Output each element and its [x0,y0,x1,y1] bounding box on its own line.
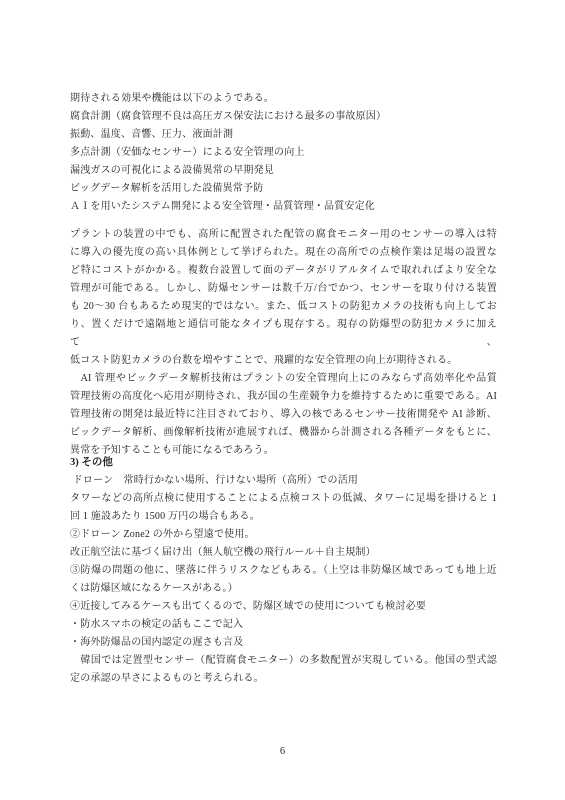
page-number: 6 [0,745,565,759]
paragraph-line: 管理技術の高度化へ応用が期待され、我が国の生産競争力を維持するために重要である。… [70,388,497,406]
paragraph-line: 管理が可能である。しかし、防爆センサーは数千万/台でかつ、センサーを取り付ける装… [70,280,497,298]
section-other-body: ドローン 常時行かない場所、行けない場所（高所）での活用 タワーなどの高所点検に… [70,472,497,688]
list-line: タワーなどの高所点検に使用することによる点検コストの低減、タワーに足場を掛けると… [70,490,497,508]
intro-line: 期待される効果や機能は以下のようである。 [70,90,497,108]
paragraph-line: ど特にコストがかかる。複数台設置して面のデータがリアルタイムで取れればより安全な [70,262,497,280]
intro-line: 腐食計測（腐食管理不良は高圧ガス保安法における最多の事故原因） [70,108,497,126]
list-line: ④近接してみるケースも出てくるので、防爆区域での使用についても検討必要 [70,598,497,616]
intro-line: ビッグデータ解析を活用した設備異常予防 [70,180,497,198]
list-line: ②ドローン Zone2 の外から望遠で使用。 [70,526,497,544]
intro-line: 漏洩ガスの可視化による設備異常の早期発見 [70,162,497,180]
list-line: ・防水スマホの検定の話もここで記入 [70,616,497,634]
intro-line: 多点計測（安価なセンサー）による安全管理の向上 [70,144,497,162]
body-paragraphs-block: プラントの装置の中でも、高所に配置された配管の腐食モニター用のセンサーの導入は特… [70,226,497,460]
list-line: ③防爆の問題の他に、墜落に伴うリスクなどもある。（上空は非防爆区域であっても地上… [70,562,497,580]
intro-line: 振動、温度、音響、圧力、液面計測 [70,126,497,144]
section-heading: 3) その他 [70,454,497,472]
list-line: 定の承認の早さによるものと考えられる。 [70,670,497,688]
paragraph-line: AI 管理やビックデータ解析技術はプラントの安全管理向上にのみならず高効率化や品… [70,370,497,388]
paragraph-line: も 20～30 台もあるため現実的ではない。また、低コストの防犯カメラの技術も向… [70,298,497,316]
list-line: 韓国では定置型センサー（配管腐食モニター）の多数配置が実現している。他国の型式認 [70,652,497,670]
paragraph-line: プラントの装置の中でも、高所に配置された配管の腐食モニター用のセンサーの導入は特 [70,226,497,244]
paragraph-line: 管理技術の開発は最近特に注目されており、導入の核であるセンサー技術開発や AI … [70,406,497,424]
document-page: 期待される効果や機能は以下のようである。 腐食計測（腐食管理不良は高圧ガス保安法… [0,0,565,800]
list-line: くは防爆区域になるケースがある。） [70,580,497,598]
list-line: ・海外防爆品の国内認定の遅さも言及 [70,634,497,652]
list-line: 回 1 施設あたり 1500 万円の場合もある。 [70,508,497,526]
intro-line: ＡＩを用いたシステム開発による安全管理・品質管理・品質安定化 [70,198,497,216]
section-other: 3) その他 [70,454,497,472]
paragraph-line: に導入の優先度の高い具体例として挙げられた。現在の高所での点検作業は足場の設置な [70,244,497,262]
list-line: 改正航空法に基づく届け出（無人航空機の飛行ルール＋自主規制） [70,544,497,562]
paragraph-line: ビックデータ解析、画像解析技術が進展すれば、機器から計測される各種データをもとに… [70,424,497,442]
paragraph-line: 低コスト防犯カメラの台数を増やすことで、飛躍的な安全管理の向上が期待される。 [70,352,497,370]
list-line: ドローン 常時行かない場所、行けない場所（高所）での活用 [70,472,497,490]
paragraph-line: り、置くだけで遠隔地と通信可能なタイプも現存する。現存の防爆型の防犯カメラに加え… [70,316,497,352]
intro-block: 期待される効果や機能は以下のようである。 腐食計測（腐食管理不良は高圧ガス保安法… [70,90,497,216]
